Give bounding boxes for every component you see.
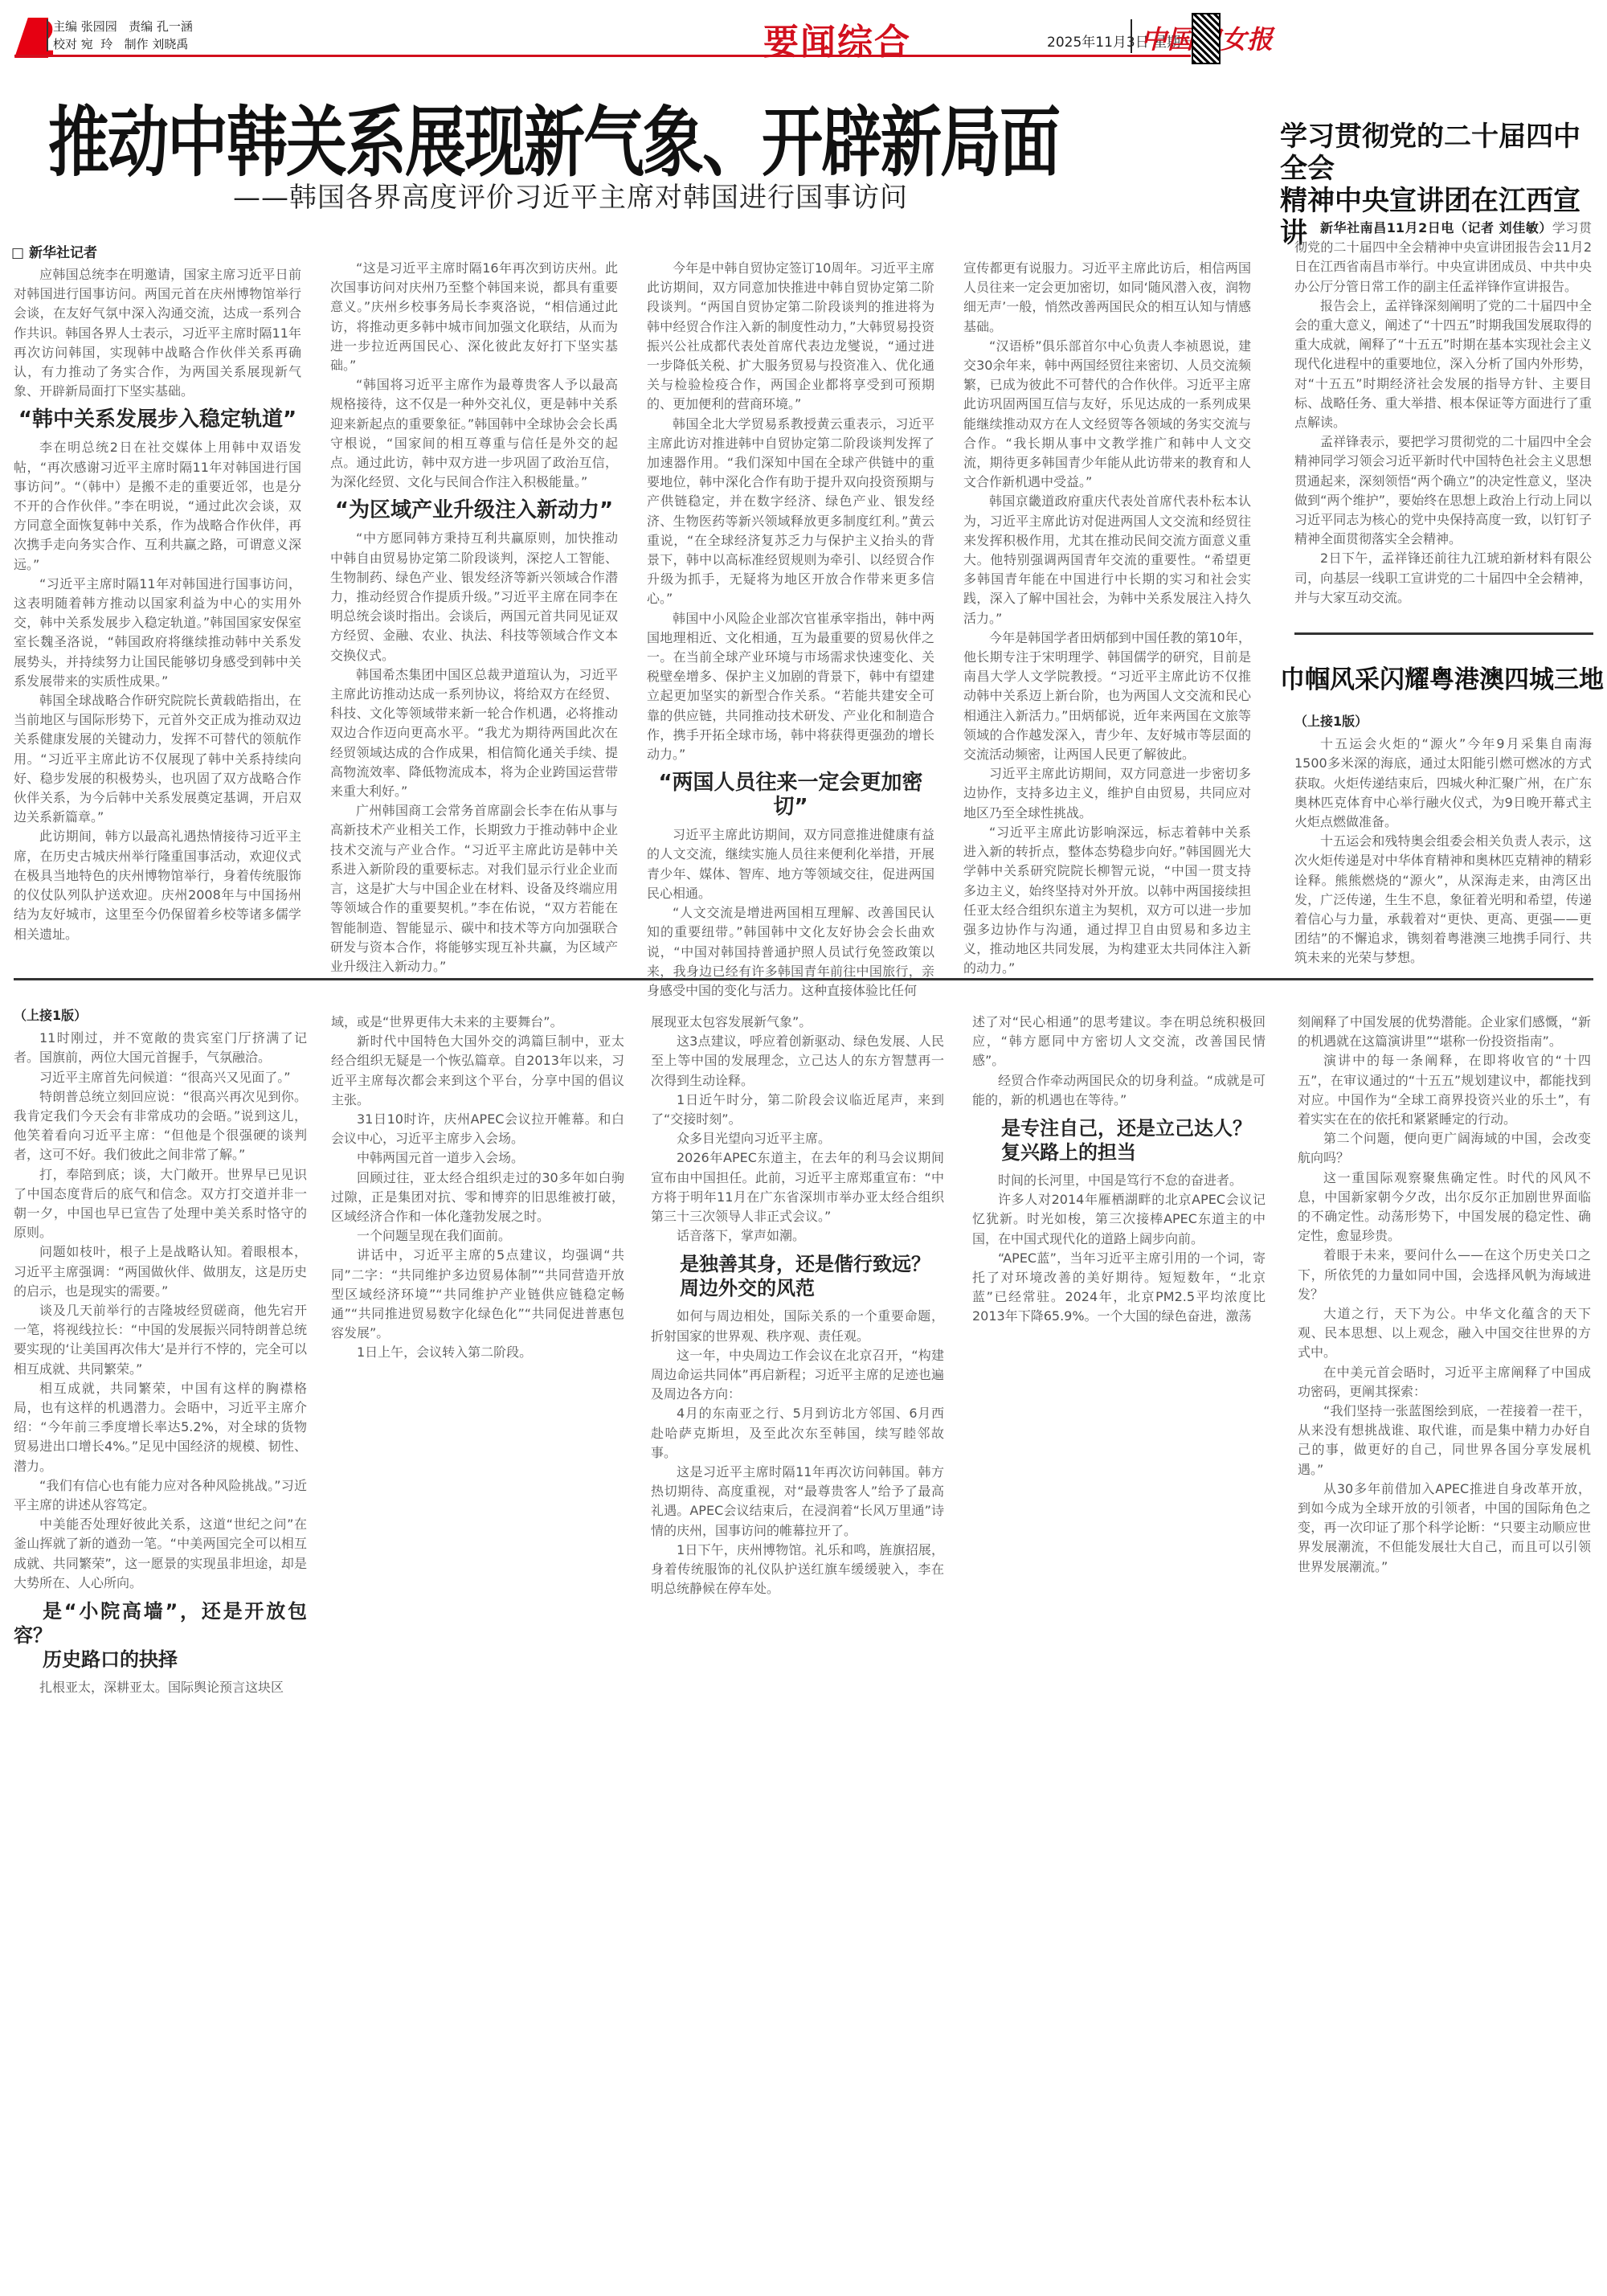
- paragraph: 众多目光望向习近平主席。: [651, 1129, 944, 1148]
- paragraph: 扎根亚太，深耕亚太。国际舆论预言这块区: [14, 1678, 307, 1697]
- lower-article-column-2: 域，或是“世界更伟大未来的主要舞台”。 新时代中国特色大国外交的鸿篇巨制中，亚太…: [331, 1013, 624, 1363]
- subheading-line-1: 是“小院高墙”，还是开放包容？: [14, 1599, 307, 1647]
- paragraph: 这是习近平主席时隔11年再次访问韩国。韩方热切期待、高度重视，对“最尊贵客人”给…: [651, 1463, 944, 1541]
- subheading-line-1: 是独善其身，还是偕行致远？: [651, 1252, 944, 1276]
- paragraph: 着眼于未来，要问什么——在这个历史关口之下，所依凭的力量如同中国，会选择风帆为海…: [1298, 1246, 1591, 1304]
- paragraph: 如何与周边相处，国际关系的一个重要命题，折射国家的世界观、秩序观、责任观。: [651, 1307, 944, 1345]
- paragraph: 一个问题呈现在我们面前。: [331, 1226, 624, 1246]
- section-heading: “为区域产业升级注入新动力”: [330, 498, 618, 522]
- paragraph: 今年是中韩自贸协定签订10周年。习近平主席此访期间，双方同意加快推进中韩自贸协定…: [647, 259, 934, 415]
- main-subheadline: ——韩国各界高度评价习近平主席对韩国进行国事访问: [233, 175, 908, 215]
- paragraph: 31日10时许，庆州APEC会议拉开帷幕。和白会议中心，习近平主席步入会场。: [331, 1110, 624, 1148]
- subheading-line-1: 是专注自己，还是立己达人？: [972, 1116, 1266, 1140]
- paragraph: 演讲中的每一条阐释，在即将收官的“十四五”，在审议通过的“十五五”规划建议中，都…: [1298, 1051, 1591, 1129]
- masthead-rule: [14, 55, 1191, 57]
- paragraph: 11时刚过，并不宽敞的贵宾室门厅挤满了记者。国旗前，两位大国元首握手，气氛融洽。: [14, 1029, 307, 1067]
- paragraph: 相互成就，共同繁荣，中国有这样的胸襟格局，也有这样的机遇潜力。会晤中，习近平主席…: [14, 1379, 307, 1476]
- paragraph: “这是习近平主席时隔16年再次到访庆州。此次国事访问对庆州乃至整个韩国来说，都具…: [330, 259, 618, 375]
- paragraph: 从30多年前借加入APEC推进自身改革开放，到如今成为全球开放的引领者，中国的国…: [1298, 1480, 1591, 1577]
- paragraph: “我们坚持一张蓝图绘到底，一茬接着一茬干，从来没有想挑战谁、取代谁，而是集中精力…: [1298, 1402, 1591, 1480]
- main-article-column-2: “这是习近平主席时隔16年再次到访庆州。此次国事访问对庆州乃至整个韩国来说，都具…: [330, 259, 618, 976]
- qr-code-icon[interactable]: [1192, 13, 1221, 64]
- lower-article-column-4: 述了对“民心相通”的思考建议。李在明总统积极回应，“韩方愿同中方密切人文交流，改…: [972, 1013, 1266, 1327]
- paragraph: 回顾过往，亚太经合组织走过的30多年如白驹过隙，正是集团对抗、零和博弈的旧思维被…: [331, 1168, 624, 1227]
- paragraph: 中美能否处理好彼此关系，这道“世纪之问”在釜山挥就了新的遒劲一笔。“中美两国完全…: [14, 1515, 307, 1593]
- section-heading: “两国人员往来一定会更加密切”: [647, 771, 934, 819]
- sidebar-article-1-body: 新华社南昌11月2日电（记者 刘佳敏）学习贯彻党的二十届四中全会精神中央宣讲团报…: [1294, 219, 1592, 608]
- subheading-line-2: 复兴路上的担当: [972, 1140, 1266, 1164]
- paragraph: “我们有信心也有能力应对各种风险挑战。”习近平主席的讲述从容笃定。: [14, 1476, 307, 1515]
- paragraph: 经贸合作牵动两国民众的切身利益。“成就是可能的，新的机遇也在等待。”: [972, 1071, 1266, 1110]
- subheading-line-2: 周边外交的风范: [651, 1276, 944, 1300]
- paragraph: “汉语桥”俱乐部首尔中心负责人李祯恩说，建交30余年来，韩中两国经贸往来密切、人…: [963, 337, 1251, 493]
- main-article-column-4: 宣传都更有说服力。习近平主席此访后，相信两国人员往来一定会更加密切，如同‘随风潜…: [963, 259, 1251, 979]
- main-article-column-3: 今年是中韩自贸协定签订10周年。习近平主席此访期间，双方同意加快推进中韩自贸协定…: [647, 259, 934, 1001]
- paragraph: 韩国全球战略合作研究院院长黄载皓指出，在当前地区与国际形势下，元首外交正成为推动…: [14, 691, 301, 827]
- paragraph: 在中美元首会晤时，习近平主席阐释了中国成功密码，更阐其探索：: [1298, 1363, 1591, 1402]
- continued-label: （上接1版）: [14, 1006, 307, 1025]
- byline: □ 新华社记者: [11, 241, 97, 261]
- paragraph: 这一年，中央周边工作会议在北京召开，“构建周边命运共同体”再启新程；习近平主席的…: [651, 1346, 944, 1405]
- sidebar-headline-2: 巾帼风采闪耀粤港澳四城三地: [1280, 659, 1604, 695]
- paragraph: 谈及几天前举行的吉隆坡经贸磋商，他先宕开一笔，将视线拉长：“中国的发展振兴同特朗…: [14, 1301, 307, 1379]
- paragraph: 韩国全北大学贸易系教授黄云重表示，习近平主席此访对推进韩中自贸协定第二阶段谈判发…: [647, 415, 934, 609]
- paragraph: 韩国希杰集团中国区总裁尹道瑄认为，习近平主席此访推动达成一系列协议，将给双方在经…: [330, 665, 618, 801]
- masthead-divider: [47, 19, 48, 51]
- paragraph: 大道之行，天下为公。中华文化蕴含的天下观、民本思想、以上观念，融入中国交往世界的…: [1298, 1304, 1591, 1363]
- paragraph: 第二个问题，便向更广阔海域的中国，会改变航向吗？: [1298, 1129, 1591, 1168]
- paragraph: 1日近午时分，第二阶段会议临近尾声，来到了“交接时刻”。: [651, 1091, 944, 1129]
- paragraph: 习近平主席此访期间，双方同意进一步密切多边协作，支持多边主义，维护自由贸易，共同…: [963, 764, 1251, 823]
- paragraph: 述了对“民心相通”的思考建议。李在明总统积极回应，“韩方愿同中方密切人文交流，改…: [972, 1013, 1266, 1071]
- logo-divider: [1131, 19, 1132, 53]
- sidebar-divider: [1294, 632, 1593, 635]
- continued-label: （上接1版）: [1294, 712, 1592, 731]
- paragraph: 韩国中小风险企业部次官崔承宰指出，韩中两国地理相近、文化相通，互为最重要的贸易伙…: [647, 609, 934, 765]
- subheading-line-2: 历史路口的抉择: [14, 1647, 307, 1672]
- main-headline: 推动中韩关系展现新气象、开辟新局面: [48, 104, 1059, 181]
- paragraph: 4月的东南亚之行、5月到访北方邻国、6月西赴哈萨克斯坦，及至此次东至韩国，续写睦…: [651, 1404, 944, 1463]
- paragraph: 应韩国总统李在明邀请，国家主席习近平日前对韩国进行国事访问。两国元首在庆州博物馆…: [14, 265, 301, 401]
- paragraph: 问题如枝叶，根子上是战略认知。着眼根本，习近平主席强调：“两国做伙伴、做朋友，这…: [14, 1242, 307, 1301]
- paragraph: 新时代中国特色大国外交的鸿篇巨制中，亚太经合组织无疑是一个恢弘篇章。自2013年…: [331, 1032, 624, 1110]
- paragraph: “习近平主席此访影响深远，标志着韩中关系进入新的转折点，整体态势稳步向好。”韩国…: [963, 823, 1251, 979]
- paragraph: 今年是韩国学者田炳郁到中国任教的第10年，他长期专注于宋明理学、韩国儒学的研究，…: [963, 628, 1251, 764]
- paragraph: 十五运会和残特奥会组委会相关负责人表示，这次火炬传递是对中华体育精神和奥林匹克精…: [1294, 832, 1592, 968]
- lower-article-column-5: 刻阐释了中国发展的优势潜能。企业家们感慨，“新的机遇就在这篇演讲里”“堪称一份投…: [1298, 1013, 1591, 1577]
- lower-article-column-1: （上接1版） 11时刚过，并不宽敞的贵宾室门厅挤满了记者。国旗前，两位大国元首握…: [14, 1003, 307, 1697]
- paragraph: 讲话中，习近平主席的5点建议，均强调“共同”二字：“共同维护多边贸易体制”“共同…: [331, 1246, 624, 1343]
- sidebar-headline-1-line-1: 学习贯彻党的二十届四中全会: [1280, 121, 1601, 185]
- paragraph: “中方愿同韩方秉持互利共赢原则，加快推动中韩自由贸易协定第二阶段谈判，深挖人工智…: [330, 529, 618, 665]
- editors-credits: 主编 张园园 责编 孔一涵校对 宛 玲 制作 刘晓禹: [53, 18, 193, 53]
- paragraph: 报告会上，孟祥锋深刻阐明了党的二十届四中全会的重大意义，阐述了“十四五”时期我国…: [1294, 297, 1592, 432]
- paragraph: 中韩两国元首一道步入会场。: [331, 1148, 624, 1168]
- paragraph: “韩国将习近平主席作为最尊贵客人予以最高规格接待，这不仅是一种外交礼仪，更是韩中…: [330, 375, 618, 492]
- paragraph: 这3点建议，呼应着创新驱动、绿色发展、人民至上等中国的发展理念，立己达人的东方智…: [651, 1032, 944, 1091]
- paragraph: 此访期间，韩方以最高礼遇热情接待习近平主席，在历史古城庆州举行隆重国事活动，欢迎…: [14, 827, 301, 943]
- dateline: 新华社南昌11月2日电（记者 刘佳敏）: [1320, 220, 1552, 235]
- subheading: 是独善其身，还是偕行致远？周边外交的风范: [651, 1252, 944, 1300]
- subheading: 是专注自己，还是立己达人？复兴路上的担当: [972, 1116, 1266, 1164]
- paragraph: 刻阐释了中国发展的优势潜能。企业家们感慨，“新的机遇就在这篇演讲里”“堪称一份投…: [1298, 1013, 1591, 1051]
- paragraph: “习近平主席时隔11年对韩国进行国事访问，这表明随着韩方推动以国家利益为中心的实…: [14, 575, 301, 691]
- main-article-column-1: 应韩国总统李在明邀请，国家主席习近平日前对韩国进行国事访问。两国元首在庆州博物馆…: [14, 265, 301, 944]
- paragraph: 1日上午，会议转入第二阶段。: [331, 1343, 624, 1362]
- paragraph: 韩国京畿道政府重庆代表处首席代表朴秐本认为，习近平主席此访对促进两国人文交流和经…: [963, 492, 1251, 628]
- paragraph: 新华社南昌11月2日电（记者 刘佳敏）学习贯彻党的二十届四中全会精神中央宣讲团报…: [1294, 219, 1592, 297]
- page-section-divider: [14, 978, 1593, 980]
- paragraph: 打，奉陪到底；谈，大门敞开。世界早已见识了中国态度背后的底气和信念。双方打交道并…: [14, 1165, 307, 1243]
- paragraph: 广州韩国商工会常务首席副会长李在佑从事与高新技术产业相关工作，长期致力于推动韩中…: [330, 801, 618, 976]
- editors-line-1: 主编 张园园 责编 孔一涵: [53, 18, 193, 35]
- paragraph: 许多人对2014年雁栖湖畔的北京APEC会议记忆犹新。时光如梭，第三次接棒APE…: [972, 1190, 1266, 1249]
- paragraph: 展现亚太包容发展新气象”。: [651, 1013, 944, 1032]
- paragraph: “APEC蓝”，当年习近平主席引用的一个词，寄托了对环境改善的美好期待。短短数年…: [972, 1249, 1266, 1327]
- paragraph: 习近平主席此访期间，双方同意推进健康有益的人文交流，继续实施人员往来便利化举措，…: [647, 825, 934, 903]
- paragraph: 2026年APEC东道主，在去年的利马会议期间宣布由中国担任。此前，习近平主席郑…: [651, 1148, 944, 1226]
- paragraph: 宣传都更有说服力。习近平主席此访后，相信两国人员往来一定会更加密切，如同‘随风潜…: [963, 259, 1251, 337]
- paragraph: 1日下午，庆州博物馆。礼乐和鸣，旌旗招展，身着传统服饰的礼仪队护送红旗车缓缓驶入…: [651, 1541, 944, 1599]
- paragraph: 这一重国际观察聚焦确定性。时代的风风不息，中国新家朝今夕改，出尔反尔正加剧世界面…: [1298, 1168, 1591, 1246]
- paragraph: “人文交流是增进两国相互理解、改善国民认知的重要纽带。”韩国韩中文化友好协会会长…: [647, 903, 934, 1001]
- sidebar-article-2-body: （上接1版） 十五运会火炬的“源火”今年9月采集自南海1500多米深的海底，通过…: [1294, 709, 1592, 968]
- paragraph: 时间的长河里，中国是笃行不怠的奋进者。: [972, 1171, 1266, 1190]
- section-heading: “韩中关系发展步入稳定轨道”: [14, 407, 301, 432]
- editors-line-2: 校对 宛 玲 制作 刘晓禹: [53, 35, 193, 53]
- lower-article-column-3: 展现亚太包容发展新气象”。 这3点建议，呼应着创新驱动、绿色发展、人民至上等中国…: [651, 1013, 944, 1598]
- paragraph: 特朗普总统立刻回应说：“很高兴再次见到你。我肯定我们今天会有非常成功的会晤。”说…: [14, 1087, 307, 1165]
- paragraph: 孟祥锋表示，要把学习贯彻党的二十届四中全会精神同学习领会习近平新时代中国特色社会…: [1294, 432, 1592, 549]
- paragraph: 十五运会火炬的“源火”今年9月采集自南海1500多米深的海底，通过太阳能引燃可燃…: [1294, 735, 1592, 832]
- paragraph: 习近平主席首先问候道：“很高兴又见面了。”: [14, 1068, 307, 1087]
- subheading: 是“小院高墙”，还是开放包容？历史路口的抉择: [14, 1599, 307, 1672]
- paragraph: 域，或是“世界更伟大未来的主要舞台”。: [331, 1013, 624, 1032]
- paragraph: 话音落下，掌声如潮。: [651, 1226, 944, 1246]
- paragraph: 李在明总统2日在社交媒体上用韩中双语发帖，“再次感谢习近平主席时隔11年对韩国进…: [14, 438, 301, 574]
- paragraph: 2日下午，孟祥锋还前往九江琥珀新材料有限公司，向基层一线职工宣讲党的二十届四中全…: [1294, 549, 1592, 608]
